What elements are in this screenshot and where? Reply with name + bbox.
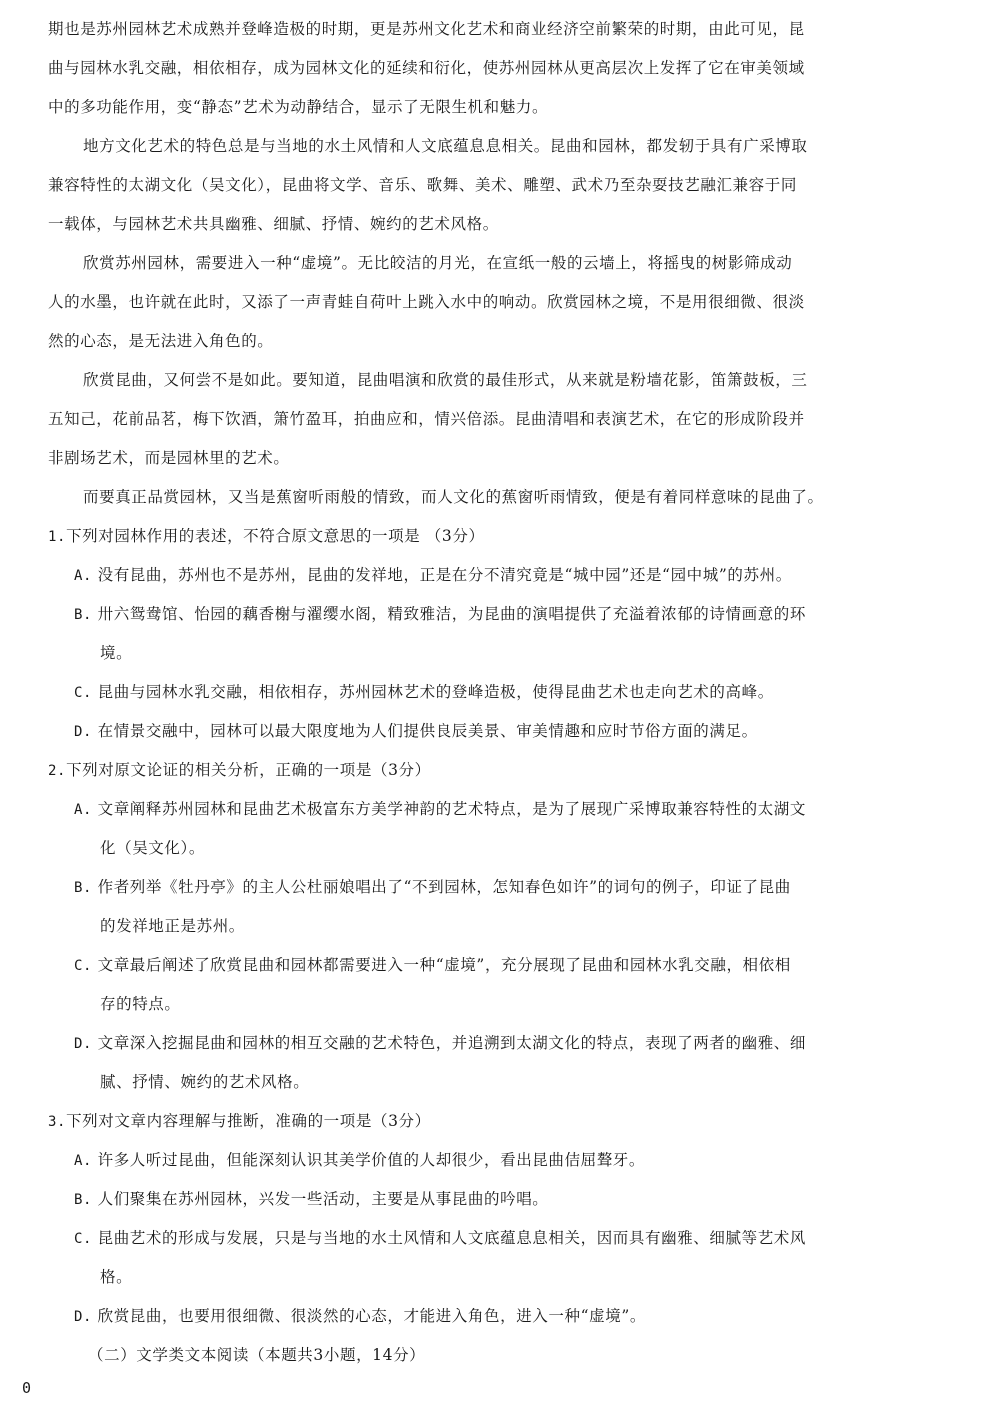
text-line: 兼容特性的太湖文化（吴文化），昆曲将文学、音乐、歌舞、美术、雕塑、武术乃至杂耍技… — [48, 166, 876, 205]
text-line: 中的多功能作用，变“静态”艺术为动静结合，显示了无限生机和魅力。 — [48, 88, 876, 127]
option-b: B. 人们聚集在苏州园林，兴发一些活动，主要是从事昆曲的吟唱。 — [48, 1180, 876, 1219]
option-c: C. 文章最后阐述了欣赏昆曲和园林都需要进入一种“虚境”，充分展现了昆曲和园林水… — [48, 946, 876, 985]
question-number: 2. — [48, 763, 66, 779]
option-d-continued: 腻、抒情、婉约的艺术风格。 — [48, 1063, 876, 1102]
document-page: 期也是苏州园林艺术成熟并登峰造极的时期，更是苏州文化艺术和商业经济空前繁荣的时期… — [48, 10, 876, 1375]
option-c-continued: 存的特点。 — [48, 985, 876, 1024]
option-d: D. 欣赏昆曲，也要用很细微、很淡然的心态，才能进入角色，进入一种“虚境”。 — [48, 1297, 876, 1336]
option-b-continued: 的发祥地正是苏州。 — [48, 907, 876, 946]
page-footer-mark: 0 — [22, 1378, 31, 1398]
option-a-continued: 化（吴文化）。 — [48, 829, 876, 868]
question-3: 3.下列对文章内容理解与推断，准确的一项是（3分） A. 许多人听过昆曲，但能深… — [48, 1102, 876, 1336]
option-b: B. 卅六鸳鸯馆、怡园的藕香榭与濯缨水阁，精致雅洁，为昆曲的演唱提供了充溢着浓郁… — [48, 595, 876, 634]
option-c: C. 昆曲艺术的形成与发展，只是与当地的水土风情和人文底蕴息息相关，因而具有幽雅… — [48, 1219, 876, 1258]
text-line: 非剧场艺术，而是园林里的艺术。 — [48, 439, 876, 478]
question-stem: 2.下列对原文论证的相关分析，正确的一项是（3分） — [48, 751, 876, 790]
text-line: 一载体，与园林艺术共具幽雅、细腻、抒情、婉约的艺术风格。 — [48, 205, 876, 244]
question-2: 2.下列对原文论证的相关分析，正确的一项是（3分） A. 文章阐释苏州园林和昆曲… — [48, 751, 876, 1102]
text-line: 地方文化艺术的特色总是与当地的水土风情和人文底蕴息息相关。昆曲和园林，都发轫于具… — [48, 127, 876, 166]
text-line: 曲与园林水乳交融，相依相存，成为园林文化的延续和衍化，使苏州园林从更高层次上发挥… — [48, 49, 876, 88]
text-line: 欣赏昆曲，又何尝不是如此。要知道，昆曲唱演和欣赏的最佳形式，从来就是粉墙花影，笛… — [48, 361, 876, 400]
question-stem: 1.下列对园林作用的表述，不符合原文意思的一项是 （3分） — [48, 517, 876, 556]
option-d: D. 文章深入挖掘昆曲和园林的相互交融的艺术特色，并追溯到太湖文化的特点，表现了… — [48, 1024, 876, 1063]
option-c: C. 昆曲与园林水乳交融，相依相存，苏州园林艺术的登峰造极，使得昆曲艺术也走向艺… — [48, 673, 876, 712]
text-line: 然的心态，是无法进入角色的。 — [48, 322, 876, 361]
option-b: B. 作者列举《牡丹亭》的主人公杜丽娘唱出了“不到园林，怎知春色如许”的词句的例… — [48, 868, 876, 907]
option-c-continued: 格。 — [48, 1258, 876, 1297]
option-b-continued: 境。 — [48, 634, 876, 673]
paragraph-1: 期也是苏州园林艺术成熟并登峰造极的时期，更是苏州文化艺术和商业经济空前繁荣的时期… — [48, 10, 876, 127]
option-a: A. 许多人听过昆曲，但能深刻认识其美学价值的人却很少，看出昆曲佶屈聱牙。 — [48, 1141, 876, 1180]
text-line: 而要真正品赏园林，又当是蕉窗听雨般的情致，而人文化的蕉窗听雨情致，便是有着同样意… — [48, 478, 876, 517]
option-a: A. 文章阐释苏州园林和昆曲艺术极富东方美学神韵的艺术特点，是为了展现广采博取兼… — [48, 790, 876, 829]
paragraph-5: 而要真正品赏园林，又当是蕉窗听雨般的情致，而人文化的蕉窗听雨情致，便是有着同样意… — [48, 478, 876, 517]
paragraph-4: 欣赏昆曲，又何尝不是如此。要知道，昆曲唱演和欣赏的最佳形式，从来就是粉墙花影，笛… — [48, 361, 876, 478]
option-a: A. 没有昆曲，苏州也不是苏州，昆曲的发祥地，正是在分不清究竟是“城中园”还是“… — [48, 556, 876, 595]
text-line: 五知己，花前品茗，梅下饮酒，箫竹盈耳，拍曲应和，情兴倍添。昆曲清唱和表演艺术，在… — [48, 400, 876, 439]
question-1: 1.下列对园林作用的表述，不符合原文意思的一项是 （3分） A. 没有昆曲，苏州… — [48, 517, 876, 751]
paragraph-3: 欣赏苏州园林，需要进入一种“虚境”。无比皎洁的月光，在宣纸一般的云墙上，将摇曳的… — [48, 244, 876, 361]
option-d: D. 在情景交融中，园林可以最大限度地为人们提供良辰美景、审美情趣和应时节俗方面… — [48, 712, 876, 751]
section-heading: （二）文学类文本阅读（本题共3小题，14分） — [48, 1336, 876, 1375]
text-line: 期也是苏州园林艺术成熟并登峰造极的时期，更是苏州文化艺术和商业经济空前繁荣的时期… — [48, 10, 876, 49]
question-number: 1. — [48, 529, 66, 545]
question-stem: 3.下列对文章内容理解与推断，准确的一项是（3分） — [48, 1102, 876, 1141]
question-number: 3. — [48, 1114, 66, 1130]
text-line: 人的水墨，也许就在此时，又添了一声青蛙自荷叶上跳入水中的响动。欣赏园林之境，不是… — [48, 283, 876, 322]
text-line: 欣赏苏州园林，需要进入一种“虚境”。无比皎洁的月光，在宣纸一般的云墙上，将摇曳的… — [48, 244, 876, 283]
paragraph-2: 地方文化艺术的特色总是与当地的水土风情和人文底蕴息息相关。昆曲和园林，都发轫于具… — [48, 127, 876, 244]
